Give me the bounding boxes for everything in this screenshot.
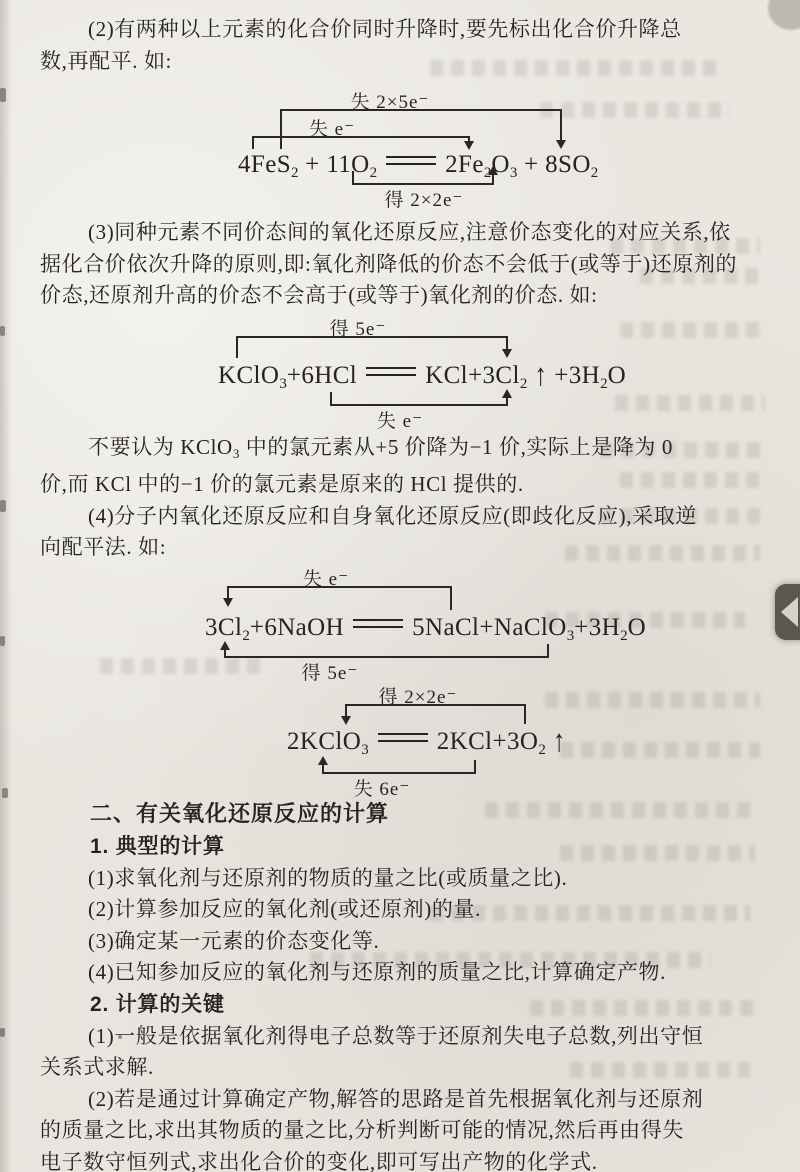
bracket-hline bbox=[236, 336, 508, 338]
scan-speck bbox=[0, 326, 5, 336]
scanned-textbook-page: (2)有两种以上元素的化合价同时升降时,要先标出化合价升降总 数,再配平. 如:… bbox=[0, 0, 800, 1172]
formula-subscript: 2 bbox=[591, 165, 599, 181]
formula-part: 2KClO bbox=[287, 728, 361, 755]
chemical-equation: 3Cl2+6NaOH5NaCl+NaClO3+3H2O bbox=[205, 614, 646, 645]
double-bond-equals bbox=[353, 619, 403, 628]
list-typical-calculations: (1)求氧化剂与还原剂的物质的量之比(或质量之比). (2)计算参加反应的氧化剂… bbox=[40, 863, 770, 989]
double-bond-equals bbox=[378, 733, 428, 742]
bracket-vline bbox=[252, 136, 254, 149]
bracket-vline bbox=[236, 336, 238, 358]
text-line: 关系式求解. bbox=[40, 1052, 770, 1084]
formula-part: +3H bbox=[574, 614, 620, 641]
list-item: (2)计算参加反应的氧化剂(或还原剂)的量. bbox=[40, 894, 770, 926]
equation-block-fes2-combustion: 失 2×5e⁻ 失 e⁻ 4FeS2 + 11O22Fe2O3 + 8SO2 得… bbox=[40, 87, 770, 205]
bracket-vline bbox=[474, 760, 476, 774]
paragraph-rule-4: (4)分子内氧化还原反应和自身氧化还原反应(即歧化反应),采取逆 向配平法. 如… bbox=[40, 501, 770, 564]
electron-loss-label: 失 e⁻ bbox=[377, 406, 423, 433]
formula-subscript: 3 bbox=[279, 376, 287, 392]
text-part: 中的氯元素从+5 价降为−1 价,实际上是降为 0 bbox=[240, 435, 673, 459]
subsection-heading-typical: 1. 典型的计算 bbox=[40, 831, 770, 863]
formula-part: O bbox=[608, 362, 626, 389]
page-content: (2)有两种以上元素的化合价同时升降时,要先标出化合价升降总 数,再配平. 如:… bbox=[0, 0, 800, 1172]
text-line: 据化合价依次升降的原则,即:氧化剂降低的价态不会低于(或等于)还原剂的 bbox=[40, 249, 770, 281]
formula-subscript: 2 bbox=[538, 742, 546, 758]
bracket-arrow-down bbox=[341, 716, 351, 725]
list-item: (3)确定某一元素的价态变化等. bbox=[40, 926, 770, 958]
scan-speck bbox=[2, 788, 8, 798]
paragraph-key-2: (2)若是通过计算确定产物,解答的思路是首先根据氧化剂与还原剂 的质量之比,求出… bbox=[40, 1084, 770, 1172]
formula-part: +3H bbox=[554, 362, 600, 389]
formula-part: 2Fe bbox=[445, 151, 484, 178]
bracket-vline bbox=[560, 109, 562, 141]
gas-up-arrow: ↑ bbox=[553, 724, 566, 759]
text-line: (2)若是通过计算确定产物,解答的思路是首先根据氧化剂与还原剂 bbox=[40, 1084, 770, 1116]
text-line: (4)分子内氧化还原反应和自身氧化还原反应(即歧化反应),采取逆 bbox=[40, 501, 770, 533]
text-line: 向配平法. 如: bbox=[40, 532, 770, 564]
list-item: (4)已知参加反应的氧化剂与还原剂的质量之比,计算确定产物. bbox=[40, 957, 770, 989]
scan-speck bbox=[0, 1028, 5, 1037]
formula-part: 5NaCl+NaClO bbox=[412, 614, 567, 641]
electron-loss-label: 失 6e⁻ bbox=[354, 774, 411, 801]
chevron-left-icon bbox=[781, 597, 798, 627]
bracket-hline bbox=[224, 656, 549, 658]
paragraph-key-1: (1)一般是依据氧化剂得电子总数等于还原剂失电子总数,列出守恒 关系式求解. bbox=[40, 1021, 770, 1084]
bracket-vline bbox=[524, 704, 526, 724]
equation-block-kclo3-decomposition: 得 2×2e⁻ 2KClO32KCl+3O2↑ 失 6e⁻ bbox=[40, 676, 770, 794]
formula-subscript: 2 bbox=[520, 376, 528, 392]
bracket-vline bbox=[506, 398, 508, 406]
bracket-arrow-down bbox=[556, 140, 566, 149]
section-heading-calculations: 二、有关氧化还原反应的计算 bbox=[40, 796, 770, 831]
bracket-arrow-up bbox=[488, 166, 498, 175]
scan-speck bbox=[0, 636, 5, 646]
equation-block-kclo3-hcl: 得 5e⁻ KClO3+6HClKCl+3Cl2↑+3H2O 失 e⁻ bbox=[40, 312, 770, 428]
formula-part: 4FeS bbox=[238, 151, 291, 178]
formula-subscript: 3 bbox=[361, 742, 369, 758]
text-line: 价态,还原剂升高的价态不会高于(或等于)氧化剂的价态. 如: bbox=[40, 280, 770, 312]
bracket-vline bbox=[492, 175, 494, 185]
text-line: (3)同种元素不同价态间的氧化还原反应,注意价态变化的对应关系,依 bbox=[40, 217, 770, 249]
bracket-arrow-down bbox=[223, 598, 233, 607]
text-line: 的质量之比,求出其物质的量之比,分析判断可能的情况,然后再由得失 bbox=[40, 1115, 770, 1147]
scan-speck bbox=[118, 1035, 122, 1039]
bracket-arrow-down bbox=[502, 349, 512, 358]
bracket-vline bbox=[450, 586, 452, 610]
scan-speck bbox=[0, 500, 6, 512]
scan-speck bbox=[0, 88, 6, 102]
double-bond-equals bbox=[386, 156, 436, 165]
paragraph-rule-2: (2)有两种以上元素的化合价同时升降时,要先标出化合价升降总 数,再配平. 如: bbox=[40, 14, 770, 77]
chemical-equation: 2KClO32KCl+3O2↑ bbox=[287, 728, 573, 759]
equation-block-cl2-naoh: 失 e⁻ 3Cl2+6NaOH5NaCl+NaClO3+3H2O 得 5e⁻ bbox=[40, 564, 770, 676]
formula-part: +6NaOH bbox=[250, 614, 344, 641]
text-line: (2)有两种以上元素的化合价同时升降时,要先标出化合价升降总 bbox=[40, 14, 770, 46]
gas-up-arrow: ↑ bbox=[534, 358, 547, 393]
bracket-hline bbox=[345, 704, 526, 706]
text-part: 不要认为 KClO bbox=[88, 435, 233, 459]
bracket-vline bbox=[547, 644, 549, 658]
formula-part: 2KCl+3O bbox=[437, 728, 539, 755]
formula-part: + 8SO bbox=[517, 151, 590, 178]
text-line: (1)一般是依据氧化剂得电子总数等于还原剂失电子总数,列出守恒 bbox=[40, 1021, 770, 1053]
bracket-hline bbox=[252, 136, 470, 138]
chemical-equation: 4FeS2 + 11O22Fe2O3 + 8SO2 bbox=[238, 151, 598, 182]
formula-part: KClO bbox=[218, 362, 279, 389]
text-line: 价,而 KCl 中的−1 价的氯元素是原来的 HCl 提供的. bbox=[40, 469, 770, 501]
text-line: 数,再配平. 如: bbox=[40, 46, 770, 78]
bracket-vline bbox=[506, 336, 508, 350]
double-bond-equals bbox=[366, 367, 416, 376]
formula-part: + 11O bbox=[299, 151, 370, 178]
electron-gain-label: 得 2×2e⁻ bbox=[385, 185, 464, 212]
formula-part: 3Cl bbox=[205, 614, 242, 641]
formula-subscript: 2 bbox=[291, 165, 299, 181]
text-line: 电子数守恒列式,求出化合价的变化,即可写出产物的化学式. bbox=[40, 1147, 770, 1172]
bracket-hline bbox=[280, 109, 562, 111]
subsection-heading-key: 2. 计算的关键 bbox=[40, 989, 770, 1021]
bracket-arrow-up bbox=[502, 389, 512, 398]
paragraph-rule-3: (3)同种元素不同价态间的氧化还原反应,注意价态变化的对应关系,依 据化合价依次… bbox=[40, 217, 770, 312]
formula-part: +6HCl bbox=[287, 362, 357, 389]
formula-part: O bbox=[628, 614, 646, 641]
list-item: (1)求氧化剂与还原剂的物质的量之比(或质量之比). bbox=[40, 863, 770, 895]
text-line: 不要认为 KClO3 中的氯元素从+5 价降为−1 价,实际上是降为 0 bbox=[40, 432, 770, 470]
chemical-equation: KClO3+6HClKCl+3Cl2↑+3H2O bbox=[218, 362, 626, 393]
formula-part: KCl+3Cl bbox=[425, 362, 520, 389]
formula-subscript: 2 bbox=[370, 165, 378, 181]
bracket-hline bbox=[227, 586, 452, 588]
formula-subscript: 2 bbox=[600, 376, 608, 392]
bracket-vline bbox=[280, 109, 282, 149]
bracket-arrow-down bbox=[464, 141, 474, 150]
bracket-arrow-up bbox=[220, 641, 230, 650]
formula-subscript: 2 bbox=[620, 628, 628, 644]
bracket-arrow-up bbox=[318, 756, 328, 765]
page-back-button[interactable] bbox=[775, 584, 800, 640]
formula-subscript: 3 bbox=[233, 446, 240, 461]
formula-subscript: 2 bbox=[242, 628, 250, 644]
paragraph-note-kclo3: 不要认为 KClO3 中的氯元素从+5 价降为−1 价,实际上是降为 0 价,而… bbox=[40, 432, 770, 501]
